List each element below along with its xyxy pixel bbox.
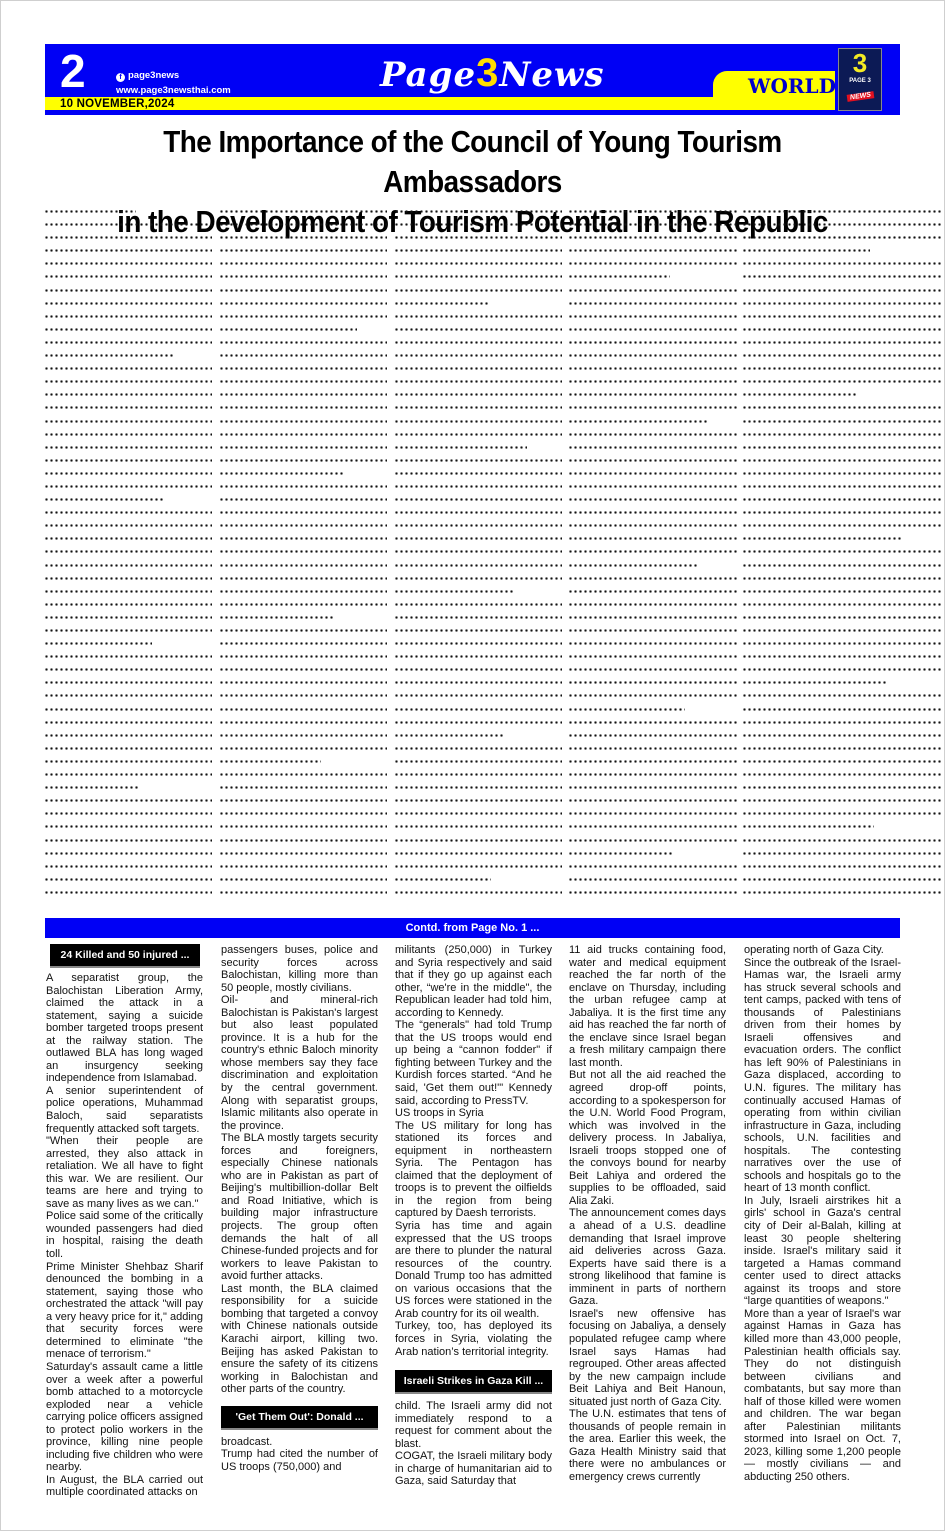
placeholder-text-line xyxy=(219,367,387,370)
placeholder-text-line xyxy=(568,446,738,449)
placeholder-text-line xyxy=(219,590,387,593)
placeholder-text-line xyxy=(219,406,387,409)
placeholder-text-line xyxy=(568,472,738,475)
facebook-icon: f xyxy=(116,73,125,82)
paragraph: The “generals" had told Trump that the U… xyxy=(395,1019,552,1107)
placeholder-text-line xyxy=(742,446,942,449)
placeholder-text-line xyxy=(568,564,697,567)
placeholder-text-line xyxy=(394,708,562,711)
paragraph: 11 aid trucks containing food, water and… xyxy=(569,944,726,1069)
placeholder-text-line xyxy=(568,354,738,357)
placeholder-text-line xyxy=(742,472,942,475)
placeholder-text-line xyxy=(44,446,212,449)
placeholder-text-line xyxy=(394,433,562,436)
placeholder-text-line xyxy=(394,839,562,842)
placeholder-text-line xyxy=(742,694,942,697)
placeholder-text-line xyxy=(219,760,321,763)
placeholder-text-line xyxy=(568,603,738,606)
placeholder-text-line xyxy=(394,590,515,593)
placeholder-text-line xyxy=(568,367,738,370)
placeholder-text-line xyxy=(394,380,562,383)
placeholder-text-line xyxy=(44,289,212,292)
placeholder-text-line xyxy=(219,577,387,580)
paragraph: Last month, the BLA claimed responsibili… xyxy=(221,1283,378,1396)
placeholder-text-line xyxy=(742,393,856,396)
column-5: operating north of Gaza City. Since the … xyxy=(744,944,901,1484)
placeholder-text-line xyxy=(394,236,562,239)
placeholder-text-line xyxy=(394,249,562,252)
placeholder-text-line xyxy=(219,446,387,449)
placeholder-text-line xyxy=(219,341,387,344)
placeholder-text-line xyxy=(44,537,212,540)
placeholder-text-line xyxy=(44,721,212,724)
section-label: WORLD xyxy=(748,74,836,98)
placeholder-text-line xyxy=(394,655,562,658)
placeholder-text-line xyxy=(394,668,562,671)
placeholder-text-line xyxy=(568,302,738,305)
placeholder-text-line xyxy=(44,708,212,711)
placeholder-text-line xyxy=(742,341,942,344)
placeholder-text-line xyxy=(742,878,942,881)
subhead-israeli-strikes: Israeli Strikes in Gaza Kill ... xyxy=(395,1370,552,1394)
placeholder-text-line xyxy=(394,524,562,527)
placeholder-text-line xyxy=(44,236,212,239)
placeholder-text-line xyxy=(394,550,562,553)
placeholder-text-line xyxy=(219,786,387,789)
placeholder-text-line xyxy=(394,315,562,318)
article-column-2 xyxy=(219,210,387,908)
placeholder-text-line xyxy=(394,825,562,828)
placeholder-text-line xyxy=(568,590,738,593)
placeholder-text-line xyxy=(219,839,387,842)
paragraph: Prime Minister Shehbaz Sharif denounced … xyxy=(46,1261,203,1361)
placeholder-text-line xyxy=(742,354,942,357)
placeholder-text-line xyxy=(742,537,902,540)
placeholder-text-line xyxy=(219,354,387,357)
placeholder-text-line xyxy=(742,367,942,370)
placeholder-text-line xyxy=(742,839,942,842)
placeholder-text-line xyxy=(44,825,212,828)
placeholder-text-line xyxy=(44,616,212,619)
placeholder-text-line xyxy=(568,577,738,580)
placeholder-text-line xyxy=(219,603,387,606)
placeholder-text-line xyxy=(742,511,942,514)
placeholder-text-line xyxy=(44,878,212,881)
placeholder-text-line xyxy=(44,734,212,737)
placeholder-text-line xyxy=(742,891,942,894)
placeholder-text-line xyxy=(568,891,738,894)
placeholder-text-line xyxy=(742,655,942,658)
placeholder-text-line xyxy=(219,262,387,265)
paragraph: Syria has time and again expressed that … xyxy=(395,1220,552,1320)
placeholder-text-line xyxy=(219,616,333,619)
placeholder-text-line xyxy=(44,485,212,488)
placeholder-text-line xyxy=(219,629,387,632)
placeholder-text-line xyxy=(44,223,212,226)
placeholder-text-line xyxy=(44,694,212,697)
placeholder-text-line xyxy=(742,289,942,292)
placeholder-text-line xyxy=(568,393,738,396)
headline-line-1: The Importance of the Council of Young T… xyxy=(83,122,862,202)
placeholder-text-line xyxy=(742,302,942,305)
placeholder-text-line xyxy=(219,302,387,305)
placeholder-text-line xyxy=(742,799,942,802)
placeholder-text-line xyxy=(44,642,152,645)
placeholder-text-line xyxy=(44,773,212,776)
placeholder-text-line xyxy=(44,393,212,396)
placeholder-text-line xyxy=(219,694,387,697)
placeholder-text-line xyxy=(742,433,942,436)
placeholder-text-line xyxy=(568,537,738,540)
placeholder-text-line xyxy=(44,629,212,632)
placeholder-text-line xyxy=(568,433,738,436)
placeholder-text-line xyxy=(394,747,562,750)
placeholder-text-line xyxy=(44,367,212,370)
placeholder-text-line xyxy=(394,459,562,462)
placeholder-text-line xyxy=(742,812,942,815)
placeholder-text-line xyxy=(394,577,562,580)
placeholder-text-line xyxy=(568,275,670,278)
placeholder-text-line xyxy=(742,668,942,671)
placeholder-text-line xyxy=(44,380,212,383)
placeholder-text-line xyxy=(568,420,709,423)
paragraph: broadcast. xyxy=(221,1436,378,1449)
placeholder-text-line xyxy=(394,629,562,632)
placeholder-text-line xyxy=(742,262,942,265)
paragraph: Saturday's assault came a little over a … xyxy=(46,1361,203,1474)
placeholder-text-line xyxy=(219,891,387,894)
placeholder-text-line xyxy=(394,852,562,855)
paragraph: The announcement comes days a ahead of a… xyxy=(569,1207,726,1307)
placeholder-text-line xyxy=(219,642,387,645)
placeholder-text-line xyxy=(568,852,673,855)
placeholder-text-line xyxy=(44,328,212,331)
article-column-1 xyxy=(44,210,212,908)
placeholder-text-line xyxy=(219,511,387,514)
placeholder-text-line xyxy=(742,865,942,868)
placeholder-text-line xyxy=(742,275,942,278)
facebook-handle-text: page3news xyxy=(128,70,179,81)
page3-badge-icon: 3 PAGE 3 NEWS xyxy=(838,48,882,111)
placeholder-text-line xyxy=(568,498,738,501)
placeholder-text-line xyxy=(219,852,387,855)
placeholder-text-line xyxy=(219,878,387,881)
paragraph: More than a year of Israel's war against… xyxy=(744,1308,901,1484)
placeholder-text-line xyxy=(568,406,738,409)
placeholder-text-line xyxy=(219,485,387,488)
paragraph: Turkey, too, has deployed its forces in … xyxy=(395,1320,552,1358)
column-4: 11 aid trucks containing food, water and… xyxy=(569,944,726,1484)
placeholder-text-line xyxy=(568,524,738,527)
placeholder-text-line xyxy=(219,498,387,501)
placeholder-text-line xyxy=(568,708,685,711)
placeholder-text-line xyxy=(394,786,562,789)
placeholder-text-line xyxy=(44,511,212,514)
placeholder-text-line xyxy=(568,380,738,383)
placeholder-text-line xyxy=(44,262,212,265)
placeholder-text-line xyxy=(219,328,357,331)
placeholder-text-line xyxy=(568,223,738,226)
placeholder-text-line xyxy=(742,852,942,855)
masthead-underline xyxy=(45,110,900,115)
placeholder-text-line xyxy=(568,341,738,344)
placeholder-text-line xyxy=(219,472,345,475)
placeholder-text-line xyxy=(394,210,562,213)
placeholder-text-line xyxy=(568,289,738,292)
placeholder-text-line xyxy=(742,760,942,763)
placeholder-text-line xyxy=(394,891,562,894)
placeholder-text-line xyxy=(568,642,738,645)
placeholder-text-line xyxy=(568,747,738,750)
placeholder-text-line xyxy=(394,498,562,501)
facebook-handle[interactable]: fpage3news xyxy=(116,70,179,82)
placeholder-text-line xyxy=(742,420,942,423)
placeholder-text-line xyxy=(394,865,562,868)
badge-news: NEWS xyxy=(846,91,874,102)
logo-digit: 3 xyxy=(476,51,499,95)
placeholder-text-line xyxy=(394,537,562,540)
placeholder-text-line xyxy=(742,236,942,239)
placeholder-text-line xyxy=(219,734,387,737)
paragraph: passengers buses, police and security fo… xyxy=(221,944,378,994)
placeholder-text-line xyxy=(44,891,212,894)
column-2: passengers buses, police and security fo… xyxy=(221,944,378,1473)
placeholder-text-line xyxy=(44,603,212,606)
placeholder-text-line xyxy=(742,577,942,580)
paragraph: In August, the BLA carried out multiple … xyxy=(46,1474,203,1499)
paragraph: operating north of Gaza City. xyxy=(744,944,901,957)
placeholder-text-line xyxy=(44,249,212,252)
placeholder-text-line xyxy=(44,865,212,868)
paragraph: Trump had cited the number of US troops … xyxy=(221,1448,378,1473)
placeholder-text-line xyxy=(44,420,212,423)
placeholder-text-line xyxy=(742,642,942,645)
subhead-get-them-out: 'Get Them Out': Donald ... xyxy=(221,1406,378,1430)
placeholder-text-line xyxy=(219,668,387,671)
placeholder-text-line xyxy=(568,511,738,514)
placeholder-text-line xyxy=(742,315,942,318)
placeholder-text-line xyxy=(394,367,562,370)
placeholder-text-line xyxy=(219,721,387,724)
placeholder-text-line xyxy=(568,668,738,671)
placeholder-text-line xyxy=(568,839,738,842)
placeholder-text-line xyxy=(568,616,738,619)
placeholder-text-line xyxy=(44,839,212,842)
badge-digit: 3 xyxy=(839,49,881,77)
placeholder-text-line xyxy=(568,655,738,658)
placeholder-text-line xyxy=(44,472,212,475)
placeholder-text-line xyxy=(394,878,491,881)
column-1-text: A separatist group, the Balochistan Libe… xyxy=(46,972,203,1499)
contd-from-page-bar: Contd. from Page No. 1 ... xyxy=(45,918,900,938)
placeholder-text-line xyxy=(219,708,387,711)
placeholder-text-line xyxy=(44,668,212,671)
placeholder-text-line xyxy=(44,564,212,567)
placeholder-text-line xyxy=(44,459,212,462)
placeholder-text-line xyxy=(219,236,387,239)
article-column-3 xyxy=(394,210,562,908)
placeholder-text-line xyxy=(742,459,942,462)
placeholder-text-line xyxy=(568,236,738,239)
placeholder-text-line xyxy=(44,590,212,593)
placeholder-text-line xyxy=(394,275,562,278)
placeholder-text-line xyxy=(394,406,562,409)
placeholder-text-line xyxy=(394,812,562,815)
placeholder-text-line xyxy=(742,721,942,724)
paragraph: child. The Israeli army did not immediat… xyxy=(395,1400,552,1450)
placeholder-text-line xyxy=(219,223,387,226)
paragraph: But not all the aid reached the agreed d… xyxy=(569,1069,726,1207)
placeholder-text-line xyxy=(219,459,387,462)
newspaper-logo: Page3News xyxy=(380,49,604,99)
placeholder-text-line xyxy=(219,210,387,213)
placeholder-text-line xyxy=(219,865,387,868)
placeholder-text-line xyxy=(219,550,387,553)
placeholder-text-line xyxy=(568,249,738,252)
placeholder-text-line xyxy=(568,786,738,789)
placeholder-text-line xyxy=(219,433,387,436)
placeholder-text-line xyxy=(742,603,942,606)
placeholder-text-line xyxy=(44,315,212,318)
issue-date: 10 NOVEMBER,2024 xyxy=(60,98,174,110)
placeholder-text-line xyxy=(742,734,942,737)
placeholder-text-line xyxy=(394,262,562,265)
placeholder-text-line xyxy=(742,550,942,553)
placeholder-text-line xyxy=(742,773,942,776)
placeholder-text-line xyxy=(742,498,942,501)
placeholder-text-line xyxy=(742,249,870,252)
placeholder-text-line xyxy=(568,315,738,318)
placeholder-text-line xyxy=(219,380,387,383)
placeholder-text-line xyxy=(394,642,562,645)
placeholder-text-line xyxy=(742,747,942,750)
placeholder-text-line xyxy=(742,629,942,632)
paragraph: militants (250,000) in Turkey and Syria … xyxy=(395,944,552,1019)
placeholder-text-line xyxy=(394,773,562,776)
column-3: militants (250,000) in Turkey and Syria … xyxy=(395,944,552,1488)
placeholder-text-line xyxy=(568,694,738,697)
placeholder-text-line xyxy=(394,354,562,357)
paragraph: The US military for long has stationed i… xyxy=(395,1120,552,1220)
placeholder-text-line xyxy=(742,616,942,619)
placeholder-text-line xyxy=(219,799,387,802)
paragraph: In July, Israeli airstrikes hit a girls'… xyxy=(744,1195,901,1308)
placeholder-text-line xyxy=(219,655,387,658)
placeholder-text-line xyxy=(44,681,212,684)
placeholder-text-line xyxy=(394,511,562,514)
placeholder-text-line xyxy=(44,655,212,658)
paragraph: Oil- and mineral-rich Balochistan is Pak… xyxy=(221,994,378,1132)
placeholder-text-line xyxy=(742,210,942,213)
placeholder-text-line xyxy=(219,747,387,750)
paragraph: "When their people are arrested, they al… xyxy=(46,1135,203,1210)
placeholder-text-line xyxy=(394,472,562,475)
placeholder-text-line xyxy=(568,878,738,881)
placeholder-text-line xyxy=(568,262,738,265)
placeholder-text-line xyxy=(219,393,387,396)
placeholder-text-line xyxy=(394,446,527,449)
placeholder-text-line xyxy=(219,524,387,527)
placeholder-text-line xyxy=(44,498,163,501)
placeholder-text-line xyxy=(394,603,562,606)
paragraph: The U.N. estimates that tens of thousand… xyxy=(569,1408,726,1483)
paragraph: A senior superintendent of police operat… xyxy=(46,1085,203,1135)
placeholder-text-line xyxy=(394,328,562,331)
placeholder-text-line xyxy=(394,616,562,619)
placeholder-text-line xyxy=(568,629,738,632)
placeholder-text-line xyxy=(44,550,212,553)
placeholder-text-line xyxy=(44,812,212,815)
placeholder-text-line xyxy=(568,812,738,815)
placeholder-text-line xyxy=(742,328,942,331)
placeholder-text-line xyxy=(44,341,212,344)
placeholder-text-line xyxy=(44,747,212,750)
placeholder-text-line xyxy=(742,786,942,789)
paragraph: The BLA mostly targets security forces a… xyxy=(221,1132,378,1283)
placeholder-text-line xyxy=(394,223,562,226)
page-number: 2 xyxy=(60,46,86,96)
placeholder-text-line xyxy=(394,694,562,697)
article-column-5 xyxy=(742,210,942,908)
placeholder-text-line xyxy=(742,590,942,593)
placeholder-text-line xyxy=(568,721,738,724)
placeholder-text-line xyxy=(568,799,738,802)
placeholder-text-line xyxy=(742,223,942,226)
placeholder-text-line xyxy=(742,708,942,711)
placeholder-text-line xyxy=(44,799,212,802)
placeholder-text-line xyxy=(219,812,387,815)
placeholder-text-line xyxy=(44,786,140,789)
placeholder-text-line xyxy=(568,773,738,776)
logo-right: News xyxy=(499,55,604,95)
placeholder-text-line xyxy=(394,734,503,737)
placeholder-text-line xyxy=(219,825,387,828)
placeholder-text-line xyxy=(568,459,738,462)
badge-label: PAGE 3 xyxy=(839,77,881,85)
placeholder-text-line xyxy=(742,380,942,383)
placeholder-text-line xyxy=(568,550,738,553)
placeholder-text-line xyxy=(742,406,942,409)
placeholder-text-line xyxy=(219,564,387,567)
placeholder-text-line xyxy=(219,249,387,252)
placeholder-text-line xyxy=(394,289,562,292)
placeholder-text-line xyxy=(394,564,562,567)
placeholder-text-line xyxy=(44,577,212,580)
paragraph: COGAT, the Israeli military body in char… xyxy=(395,1450,552,1488)
placeholder-text-line xyxy=(568,485,738,488)
column-1: 24 Killed and 50 injured ... A separatis… xyxy=(46,944,203,1499)
placeholder-text-line xyxy=(568,210,738,213)
placeholder-text-line xyxy=(568,760,738,763)
placeholder-text-line xyxy=(742,524,942,527)
placeholder-text-line xyxy=(568,681,738,684)
placeholder-text-line xyxy=(394,485,562,488)
placeholder-text-line xyxy=(44,524,212,527)
placeholder-text-line xyxy=(394,302,488,305)
placeholder-text-line xyxy=(44,852,212,855)
subhead-24-killed: 24 Killed and 50 injured ... xyxy=(50,944,200,968)
placeholder-text-line xyxy=(742,485,942,488)
placeholder-text-line xyxy=(394,681,562,684)
placeholder-text-line xyxy=(44,210,136,213)
article-column-4 xyxy=(568,210,738,908)
placeholder-text-line xyxy=(219,537,387,540)
placeholder-text-line xyxy=(394,393,562,396)
placeholder-text-line xyxy=(394,799,562,802)
placeholder-text-line xyxy=(568,734,738,737)
website-link[interactable]: www.page3newsthai.com xyxy=(116,85,231,96)
placeholder-text-line xyxy=(44,354,175,357)
